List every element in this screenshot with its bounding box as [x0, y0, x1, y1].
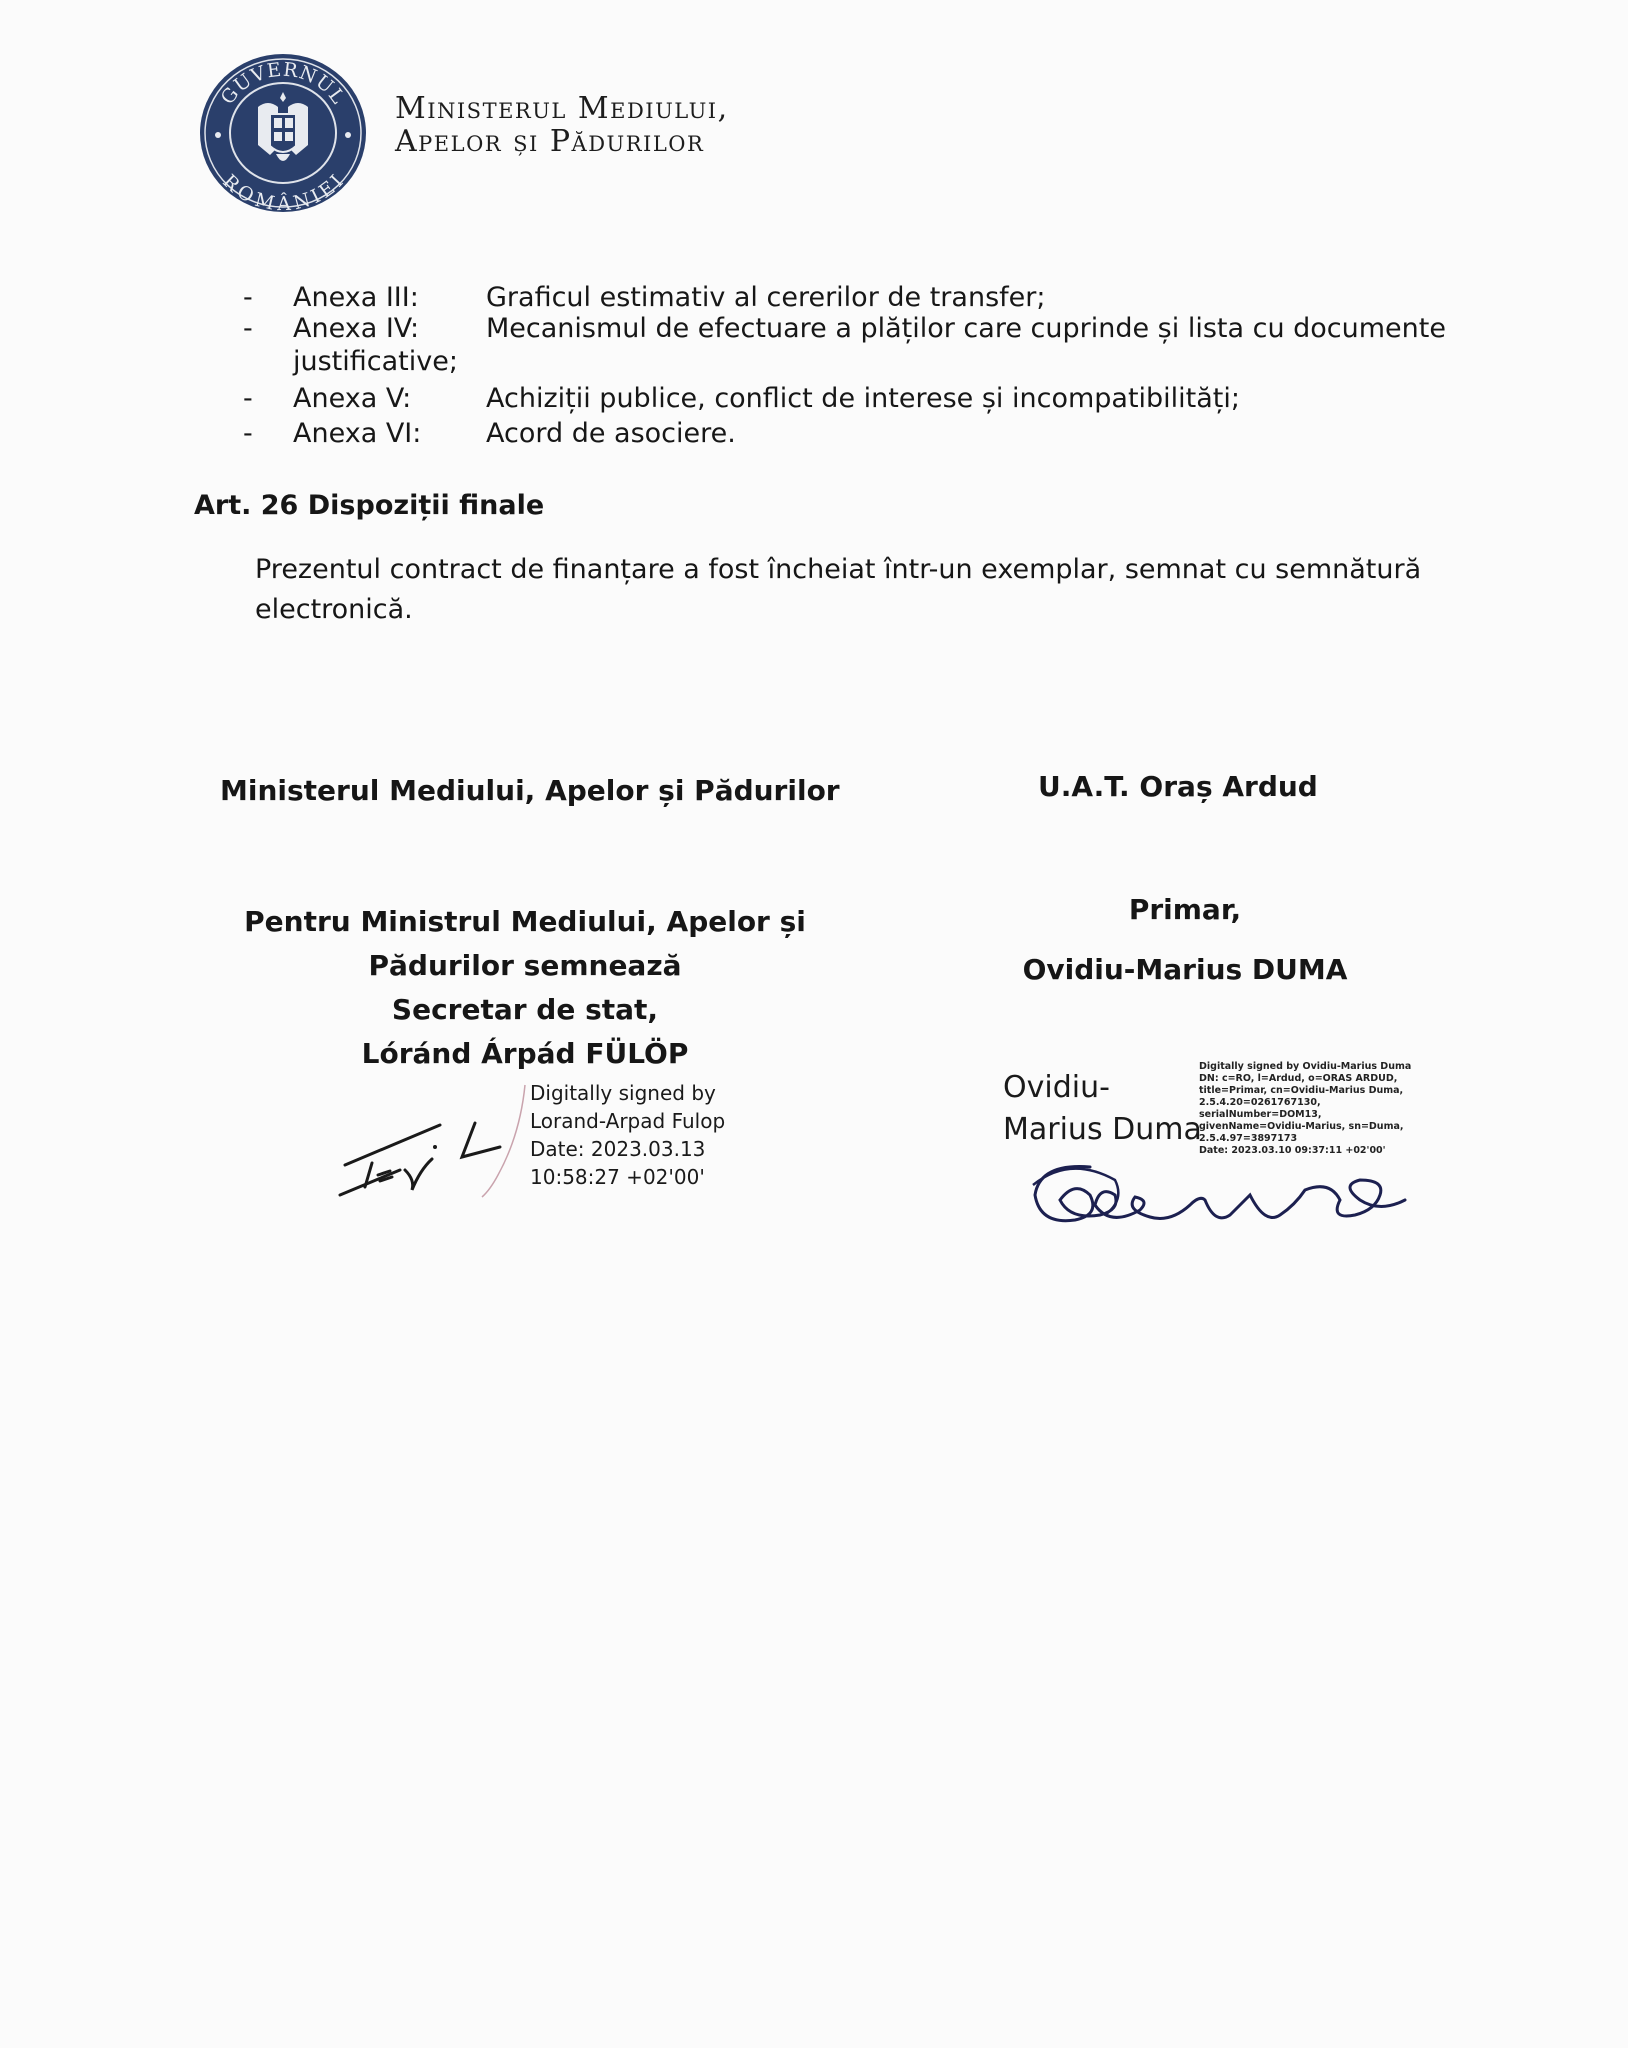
- annex-description: Acord de asociere.: [486, 418, 736, 449]
- right-party-organization: U.A.T. Oraș Ardud: [1038, 770, 1318, 803]
- annex-label: Anexa VI:: [293, 418, 421, 449]
- signer-line: Secretar de stat,: [230, 988, 820, 1032]
- signer-line: Pentru Ministrul Mediului, Apelor și: [230, 900, 820, 944]
- ministry-name: Ministerul Mediului, Apelor și Pădurilor: [395, 92, 729, 158]
- signer-name: Lóránd Árpád FÜLÖP: [230, 1032, 820, 1076]
- annex-description: Mecanismul de efectuare a plăților care …: [486, 313, 1446, 344]
- ministry-name-line2: Apelor și Pădurilor: [395, 125, 729, 158]
- government-seal-icon: GUVERNUL ROMÂNIEI: [198, 52, 368, 214]
- article-body: Prezentul contract de finanțare a fost î…: [255, 550, 1475, 630]
- handwritten-signature-left: [320, 1075, 550, 1205]
- digital-signature-left: Digitally signed by Lorand-Arpad Fulop D…: [530, 1079, 725, 1191]
- left-party-organization: Ministerul Mediului, Apelor și Pădurilor: [220, 774, 840, 807]
- annex-description: Graficul estimativ al cererilor de trans…: [486, 282, 1045, 313]
- annex-description: Achiziții publice, conflict de interese …: [486, 383, 1240, 414]
- right-signer-title: Primar,: [1100, 893, 1270, 926]
- ministry-name-line1: Ministerul Mediului,: [395, 92, 729, 125]
- right-signer-name: Ovidiu-Marius DUMA: [1020, 953, 1350, 986]
- annex-label: Anexa V:: [293, 383, 411, 414]
- handwritten-signature-right: [1030, 1155, 1430, 1235]
- digital-signature-right-name: Ovidiu- Marius Duma: [1003, 1067, 1202, 1151]
- signer-line: Pădurilor semnează: [230, 944, 820, 988]
- article-title: Art. 26 Dispoziții finale: [194, 490, 544, 521]
- left-signer-block: Pentru Ministrul Mediului, Apelor și Păd…: [230, 900, 820, 1076]
- annex-label: Anexa III:: [293, 282, 419, 313]
- annex-label: Anexa IV:: [293, 313, 419, 344]
- annex-iv-continuation: justificative;: [293, 346, 458, 377]
- digital-signature-right-details: Digitally signed by Ovidiu-Marius Duma D…: [1199, 1061, 1411, 1157]
